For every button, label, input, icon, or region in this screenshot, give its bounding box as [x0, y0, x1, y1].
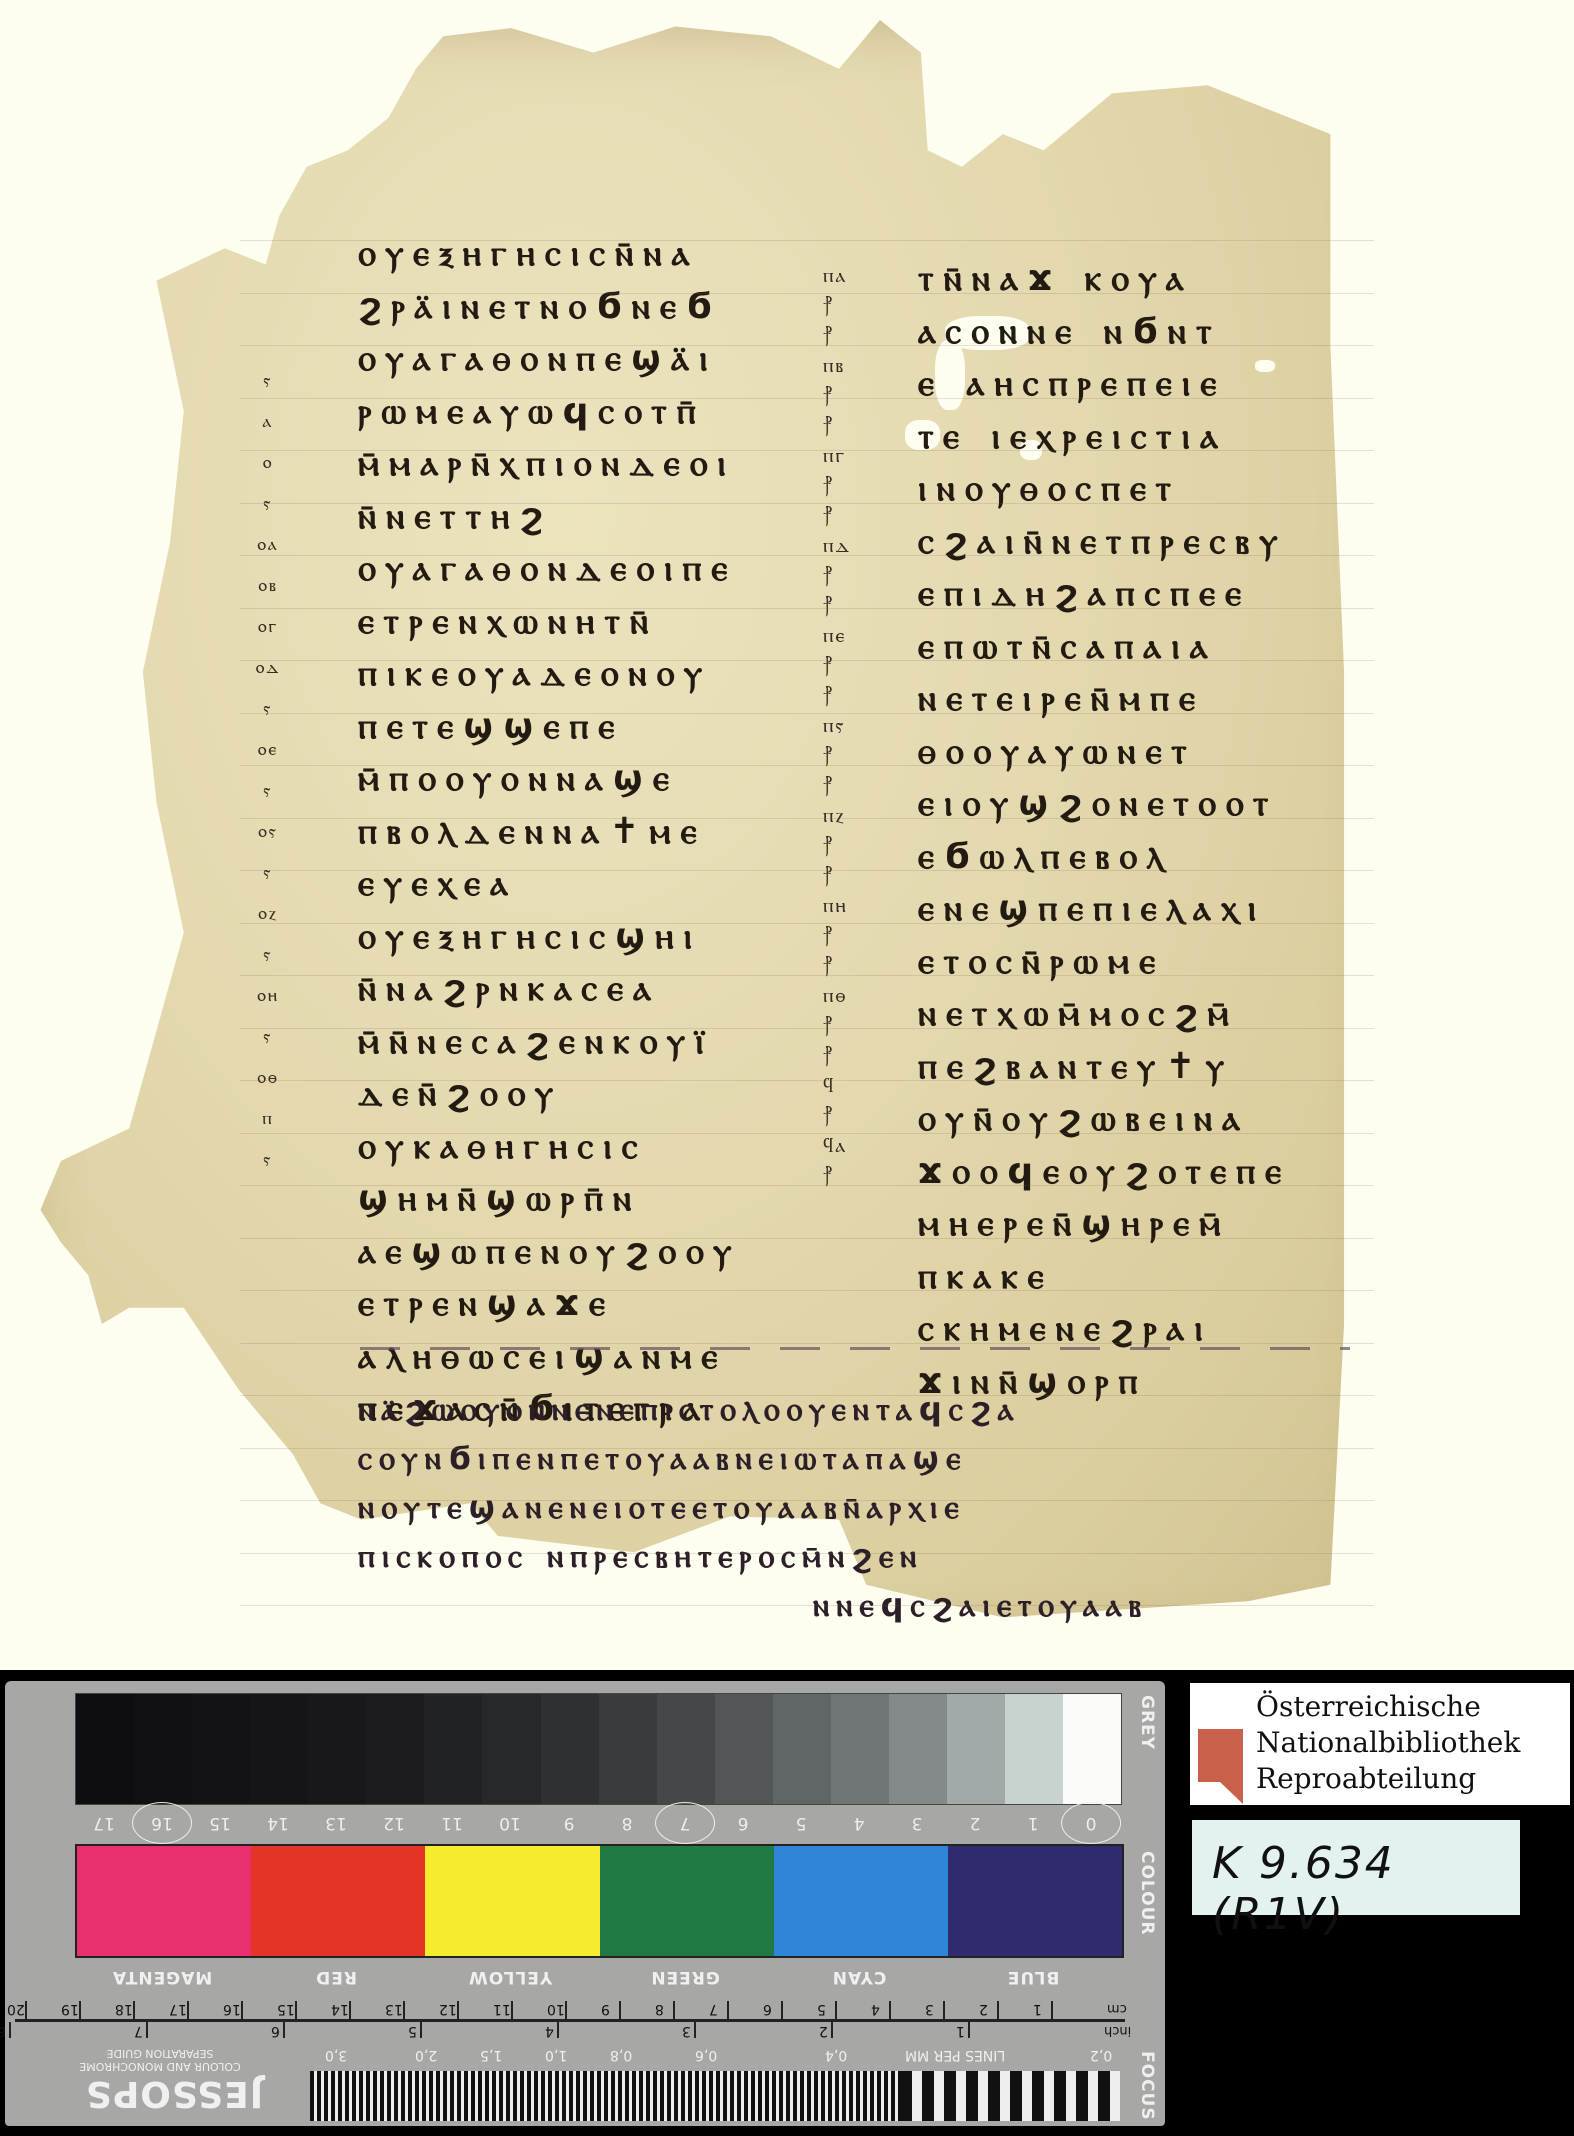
colour-label-green: GREEN [598, 1957, 772, 1987]
section-number: ⲡⲉ [823, 620, 851, 650]
grey-number: 6 [714, 1803, 772, 1843]
ruling-line [240, 1395, 1374, 1396]
shelfmark-text: K 9.634 (R1V) [1212, 1838, 1520, 1940]
text-line: ⲛ̄ⲛⲉⲧⲧⲏϩ [358, 491, 742, 544]
colophon-line: ⲥⲟⲩⲛϭⲓⲡⲉⲛⲡⲉⲧⲟⲩⲁⲁⲃⲛⲉⲓⲱⲧⲁⲡⲁϣⲉ [358, 1434, 1148, 1483]
cm-tick-label: 9 [601, 2001, 610, 2017]
focus-resolution-bars [310, 2071, 1120, 2121]
ruling-line [240, 765, 1374, 766]
section-number: ⲟⲁ [238, 524, 298, 565]
grey-patch [889, 1694, 947, 1804]
cm-tick [241, 2001, 243, 2019]
margin-section-numbers-middle: ⲡⲁ⳨⳨ⲡⲃ⳨⳨ⲡⲅ⳨⳨ⲡⲇ⳨⳨ⲡⲉ⳨⳨ⲡⲋ⳨⳨ⲡⲍ⳨⳨ⲡⲏ⳨⳨ⲡⲑ⳨⳨ϥ⳨ϥⲁ… [823, 260, 851, 1190]
text-line: ⲉϭⲱⲗⲡⲉⲃⲟⲗ [918, 831, 1291, 884]
colophon-line: ⲛⲁ̈ϩⲱⲟⲩⲟⲛⲛⲉⲛⲉⲡⲓⲥⲧⲟⲗⲟⲟⲩⲉⲛⲧⲁϥⲥϩⲁ [358, 1385, 1148, 1434]
text-line: ⲧⲛ̄ⲛⲁϫ ⲕⲟⲩⲁ [918, 253, 1291, 306]
grey-patch [424, 1694, 482, 1804]
section-number: ϥ [823, 1070, 851, 1100]
section-number: ⳨ [823, 830, 851, 860]
ruling-line [240, 345, 1374, 346]
section-number: ⲟⲅ [238, 606, 298, 647]
grey-number: 13 [307, 1803, 365, 1843]
section-number: ⳨ [823, 500, 851, 530]
section-number: ⳨ [823, 1010, 851, 1040]
colour-patch-green [600, 1846, 774, 1956]
focus-units-label: LINES PER MM [905, 2047, 1005, 2063]
text-line: ⲁⲥⲟⲛⲛⲉ ⲛϭⲛⲧ [918, 306, 1291, 359]
focus-value: 1,0 [545, 2047, 567, 2063]
cm-tick [619, 2001, 621, 2019]
section-number: ⳨ [823, 860, 851, 890]
text-line: ⲉⲓⲟⲩϣϩⲟⲛⲉⲧⲟⲟⲧ [918, 778, 1291, 831]
ruling-line [240, 1028, 1374, 1029]
colour-label-yellow: YELLOW [423, 1957, 597, 1987]
cm-tick [565, 2001, 567, 2019]
grey-patch [599, 1694, 657, 1804]
grey-number: 4 [830, 1803, 888, 1843]
section-number: ⲋ [238, 483, 298, 524]
text-line: ⲡⲓⲕⲉⲟⲩⲁⲇⲉⲟⲛⲟⲩ [358, 648, 742, 701]
focus-value: 0,8 [610, 2047, 632, 2063]
inch-tick [694, 2022, 696, 2038]
grey-patch [541, 1694, 599, 1804]
cm-tick [187, 2001, 189, 2019]
cm-tick-label: 15 [277, 2001, 295, 2017]
grey-number: 3 [888, 1803, 946, 1843]
cm-tick [295, 2001, 297, 2019]
focus-value: 0,6 [695, 2047, 717, 2063]
text-line: ϩⲣⲁ̈ⲓⲛⲉⲧⲛⲟϭⲛⲉϭ [358, 281, 742, 334]
grey-number: 2 [946, 1803, 1004, 1843]
text-line: ϣⲏⲙⲛ̄ϣⲱⲣⲡ̄ⲛ [358, 1173, 742, 1226]
section-number: ⲟⲉ [238, 729, 298, 770]
section-number: ⲋ [238, 1016, 298, 1057]
colour-strip [75, 1844, 1124, 1958]
grey-number: 15 [191, 1803, 249, 1843]
section-number: ⲡⲑ [823, 980, 851, 1010]
inch-tick [968, 2022, 970, 2038]
text-line: ⲡⲉⲧⲉϣϣⲉⲡⲉ [358, 701, 742, 754]
text-line: ⲥϩⲁⲓⲛ̄ⲛⲉⲧⲡⲣⲉⲥⲃⲩ [918, 516, 1291, 569]
section-number: ⲡⲏ [823, 890, 851, 920]
text-line: ϫⲟⲟϥⲉⲟⲩϩⲟⲧⲉⲡⲉ [918, 1146, 1291, 1199]
colour-separation-guide: 17161514131211109876543210 GREY MAGENTAR… [5, 1681, 1165, 2126]
ruling-line [240, 1133, 1374, 1134]
colour-labels: MAGENTAREDYELLOWGREENCYANBLUE [75, 1957, 1120, 1987]
text-line: ⲟⲩⲁⲅⲁⲑⲟⲛⲇⲉⲟⲓⲡⲉ [358, 543, 742, 596]
text-line: ⲟⲩⲕⲁⲑⲏⲅⲏⲥⲓⲥ [358, 1121, 742, 1174]
text-line: ⲟⲩⲉⲝⲏⲅⲏⲥⲓⲥϣⲏⲓ [358, 911, 742, 964]
grey-patch [773, 1694, 831, 1804]
text-line: ⲁⲗⲏⲑⲱⲥⲉⲓϣⲁⲛⲙⲉ [358, 1331, 742, 1384]
inch-tick-label: 5 [408, 2023, 417, 2039]
text-line: ⲧⲉ ⲓⲉⲭⲣⲉⲓⲥⲧⲓⲁ [918, 411, 1291, 464]
colour-label-red: RED [249, 1957, 423, 1987]
colour-label-blue: BLUE [946, 1957, 1120, 1987]
section-number: ⳨ [823, 380, 851, 410]
brand-subtitle: COLOUR AND MONOCHROME SEPARATION GUIDE [65, 2047, 255, 2073]
inch-tick [283, 2022, 285, 2038]
grey-number: 14 [249, 1803, 307, 1843]
cm-tick [889, 2001, 891, 2019]
text-line: ⲑⲟⲟⲩⲁⲩⲱⲛⲉⲧ [918, 726, 1291, 779]
text-column-right: ⲧⲛ̄ⲛⲁϫ ⲕⲟⲩⲁⲁⲥⲟⲛⲛⲉ ⲛϭⲛⲧⲉ ⲁⲏⲥⲡⲣⲉⲡⲉⲓⲉⲧⲉ ⲓⲉⲭ… [918, 253, 1291, 1408]
cm-tick [511, 2001, 513, 2019]
section-number: ⲟⲑ [238, 1057, 298, 1098]
grey-patch [366, 1694, 424, 1804]
cm-tick [133, 2001, 135, 2019]
focus-value: 2,0 [415, 2047, 437, 2063]
margin-section-numbers-left: ⲋⲁⲟⲋⲟⲁⲟⲃⲟⲅⲟⲇⲋⲟⲉⲋⲟⲋⲋⲟⲍⲋⲟⲏⲋⲟⲑⲡⲋ [238, 360, 298, 1180]
cm-tick [727, 2001, 729, 2019]
ruling-line [240, 555, 1374, 556]
text-line: ⲉ ⲁⲏⲥⲡⲣⲉⲡⲉⲓⲉ [918, 358, 1291, 411]
text-line: ⲟⲩⲛ̄ⲟⲩϩⲱⲃⲉⲓⲛⲁ [918, 1093, 1291, 1146]
inch-tick [557, 2022, 559, 2038]
section-number: ⲟⲏ [238, 975, 298, 1016]
grey-scale-strip [75, 1693, 1122, 1805]
ruling-line [240, 975, 1374, 976]
cm-tick-label: 3 [925, 2001, 934, 2017]
cm-tick-label: 17 [169, 2001, 187, 2017]
text-line: ⲓⲛⲟⲩⲑⲟⲥⲡⲉⲧ [918, 463, 1291, 516]
section-number: ⲟⲇ [238, 647, 298, 688]
section-number: ⲟ [238, 442, 298, 483]
cm-tick [457, 2001, 459, 2019]
section-number: ⳨ [823, 290, 851, 320]
section-number: ⲋ [238, 360, 298, 401]
grey-patch [250, 1694, 308, 1804]
cm-tick-label: 19 [61, 2001, 79, 2017]
colour-label-cyan: CYAN [772, 1957, 946, 1987]
cm-tick [943, 2001, 945, 2019]
grey-number: 9 [540, 1803, 598, 1843]
jessops-logo: JESSOPS [85, 2073, 263, 2114]
ruling-line [240, 1343, 1374, 1344]
ruling-line [240, 870, 1374, 871]
focus-value: 1,5 [480, 2047, 502, 2063]
text-line: ⲣⲱⲙⲉⲁⲩⲱϥⲥⲟⲧⲡ̄ [358, 386, 742, 439]
ruling-line [240, 1605, 1374, 1606]
colour-patch-magenta [77, 1846, 251, 1956]
cm-tick-label: 18 [115, 2001, 133, 2017]
cm-tick-label: 4 [871, 2001, 880, 2017]
section-number: ⳨ [823, 680, 851, 710]
section-number: ⲟⲃ [238, 565, 298, 606]
grey-patch [1063, 1694, 1121, 1804]
cm-tick-label: 14 [331, 2001, 349, 2017]
grey-number: 8 [598, 1803, 656, 1843]
ruling-line [240, 660, 1374, 661]
ruling-line [240, 293, 1374, 294]
section-number: ϥⲁ [823, 1130, 851, 1160]
colour-label: COLOUR [1137, 1851, 1157, 1936]
ruling-line [240, 1080, 1374, 1081]
ruling-line [240, 240, 1374, 241]
cm-tick-label: 16 [223, 2001, 241, 2017]
colophon-line: ⲡⲓⲥⲕⲟⲡⲟⲥ ⲛⲡⲣⲉⲥⲃⲏⲧⲉⲣⲟⲥⲙ̄ⲛϩⲉⲛ [358, 1532, 1148, 1581]
grey-number: 10 [481, 1803, 539, 1843]
cm-tick [79, 2001, 81, 2019]
text-line: ⲟⲩⲁⲅⲁⲑⲟⲛⲡⲉϣⲁ̈ⲓ [358, 333, 742, 386]
cm-tick-label: 6 [763, 2001, 772, 2017]
section-number: ⲋ [238, 1139, 298, 1180]
inch-tick-label: 6 [271, 2023, 280, 2039]
section-number: ⲡⲋ [823, 710, 851, 740]
focus-label: FOCUS [1137, 2051, 1157, 2121]
cm-tick [781, 2001, 783, 2019]
section-number: ⲁ [238, 401, 298, 442]
text-line: ⲉⲡⲱⲧⲛ̄ⲥⲁⲡⲁⲓⲁ [918, 621, 1291, 674]
cm-tick [403, 2001, 405, 2019]
shelfmark-label: K 9.634 (R1V) [1192, 1820, 1520, 1915]
ruling-line [240, 1448, 1374, 1449]
cm-unit-label: cm [1107, 2001, 1127, 2016]
cm-tick [835, 2001, 837, 2019]
cm-tick [997, 2001, 999, 2019]
grey-number: 1 [1004, 1803, 1062, 1843]
inch-tick [9, 2022, 11, 2038]
inch-tick-label: 7 [134, 2023, 143, 2039]
decorative-divider [360, 1347, 1350, 1350]
text-line: ⲙ̄ⲙⲁⲣⲛ̄ⲭⲡⲓⲟⲛⲇⲉⲟⲓ [358, 438, 742, 491]
text-line: ⲁⲉϣⲱⲡⲉⲛⲟⲩϩⲟⲟⲩ [358, 1226, 742, 1279]
ruling-line [240, 608, 1374, 609]
grey-patch [308, 1694, 366, 1804]
section-number: ⲋ [238, 770, 298, 811]
ruling-line [240, 713, 1374, 714]
colour-patch-red [251, 1846, 425, 1956]
focus-value: 3,0 [325, 2047, 347, 2063]
inch-tick-label: 8 [0, 2023, 6, 2039]
cm-tick [25, 2001, 27, 2019]
section-number: ⲡⲍ [823, 800, 851, 830]
text-line: ⲇⲉⲛ̄ϩⲟⲟⲩ [358, 1068, 742, 1121]
ruling-line [240, 1238, 1374, 1239]
text-line: ⲙⲏⲉⲣⲉⲛ̄ϣⲏⲣⲉⲙ̄ [918, 1198, 1291, 1251]
section-number: ⲋ [238, 852, 298, 893]
grey-number: 17 [75, 1803, 133, 1843]
library-label: Österreichische Nationalbibliothek Repro… [1190, 1683, 1570, 1805]
cm-tick-label: 2 [979, 2001, 988, 2017]
onb-logo-icon [1198, 1729, 1243, 1782]
cm-tick-label: 8 [655, 2001, 664, 2017]
text-line: ⲉⲧⲟⲥⲛ̄ⲣⲱⲙⲉ [918, 936, 1291, 989]
inch-unit-label: inch [1104, 2023, 1131, 2038]
text-line: ⲉⲩⲉⲭⲉⲁ [358, 858, 742, 911]
text-line: ⲉⲧⲣⲉⲛⲭⲱⲛⲏⲧⲛ̄ [358, 596, 742, 649]
text-line: ⲛⲉⲧⲭⲱⲙ̄ⲙⲟⲥϩⲙ̄ [918, 988, 1291, 1041]
ruler-cm-inch: cm inch 12345678910111213141516171819201… [15, 2001, 1125, 2045]
grey-label: GREY [1137, 1695, 1157, 1750]
manuscript-scan: ⲟⲩⲉⲝⲏⲅⲏⲥⲓⲥⲛ̄ⲛⲁϩⲣⲁ̈ⲓⲛⲉⲧⲛⲟϭⲛⲉϭⲟⲩⲁⲅⲁⲑⲟⲛⲡⲉϣⲁ… [0, 0, 1574, 1670]
section-number: ⲡⲅ [823, 440, 851, 470]
grey-patch [134, 1694, 192, 1804]
section-number: ⲡⲃ [823, 350, 851, 380]
grey-number: 5 [772, 1803, 830, 1843]
ruling-line [240, 1500, 1374, 1501]
colour-patch-yellow [425, 1846, 599, 1956]
inch-tick [831, 2022, 833, 2038]
focus-scale-labels: LINES PER MM 0,20,40,60,81,01,52,03,0 [305, 2047, 1125, 2069]
text-line: ⲉⲡⲓⲇⲏϩⲁⲡⲥⲡⲉⲉ [918, 568, 1291, 621]
grey-number: 12 [365, 1803, 423, 1843]
ruling-line [240, 1185, 1374, 1186]
section-number: ⳨ [823, 770, 851, 800]
grey-scale-numbers: 17161514131211109876543210 [75, 1803, 1120, 1843]
grey-number: 7 [656, 1803, 714, 1843]
section-number: ⲋ [238, 934, 298, 975]
text-line: ⲙ̄ⲛ̄ⲛⲉⲥⲁϩⲉⲛⲕⲟⲩⲓ̈ [358, 1016, 742, 1069]
colour-patch-blue [948, 1846, 1122, 1956]
section-number: ⳨ [823, 560, 851, 590]
text-column-left: ⲟⲩⲉⲝⲏⲅⲏⲥⲓⲥⲛ̄ⲛⲁϩⲣⲁ̈ⲓⲛⲉⲧⲛⲟϭⲛⲉϭⲟⲩⲁⲅⲁⲑⲟⲛⲡⲉϣⲁ… [358, 228, 742, 1436]
inch-tick [420, 2022, 422, 2038]
cm-tick-label: 5 [817, 2001, 826, 2017]
colour-patch-cyan [774, 1846, 948, 1956]
colophon-line: ⲛⲟⲩⲧⲉϣⲁⲛⲉⲛⲉⲓⲟⲧⲉⲉⲧⲟⲩⲁⲁⲃⲛ̄ⲁⲣⲭⲓⲉ [358, 1483, 1148, 1532]
grey-patch [1005, 1694, 1063, 1804]
cm-tick-label: 1 [1033, 2001, 1042, 2017]
section-number: ⲡⲁ [823, 260, 851, 290]
inch-tick-label: 2 [819, 2023, 828, 2039]
cm-tick-label: 13 [385, 2001, 403, 2017]
text-line: ⲡⲉϩⲃⲁⲛⲧⲉⲩ✝ⲩ [918, 1041, 1291, 1094]
cm-tick [673, 2001, 675, 2019]
grey-number: 0 [1062, 1803, 1120, 1843]
focus-value: 0,2 [1090, 2047, 1112, 2063]
ruling-line [240, 1553, 1374, 1554]
cm-tick [349, 2001, 351, 2019]
inch-tick [146, 2022, 148, 2038]
colour-label-magenta: MAGENTA [75, 1957, 249, 1987]
ruling-line [240, 923, 1374, 924]
ruling-line [240, 818, 1374, 819]
text-line: ⲟⲩⲉⲝⲏⲅⲏⲥⲓⲥⲛ̄ⲛⲁ [358, 228, 742, 281]
cm-tick [1051, 2001, 1053, 2019]
section-number: ⳨ [823, 1040, 851, 1070]
library-name: Österreichische Nationalbibliothek Repro… [1256, 1689, 1520, 1797]
section-number: ⳨ [823, 470, 851, 500]
ruler-axis [15, 2019, 1125, 2022]
grey-patch [192, 1694, 250, 1804]
ruling-line [240, 450, 1374, 451]
section-number: ⲋ [238, 688, 298, 729]
grey-number: 16 [133, 1803, 191, 1843]
grey-patch [76, 1694, 134, 1804]
text-line: ⲛⲉⲧⲉⲓⲣⲉⲛ̄ⲙⲡⲉ [918, 673, 1291, 726]
grey-patch [947, 1694, 1005, 1804]
section-number: ⲟⲍ [238, 893, 298, 934]
text-line: ⲡⲃⲟⲗⲇⲉⲛⲛⲁ✝ⲙⲉ [358, 806, 742, 859]
ruling-line [240, 1290, 1374, 1291]
section-number: ⳨ [823, 1100, 851, 1130]
section-number: ⳨ [823, 590, 851, 620]
cm-tick-label: 11 [493, 2001, 511, 2017]
inch-tick-label: 3 [682, 2023, 691, 2039]
cm-tick-label: 7 [709, 2001, 718, 2017]
inch-tick-label: 1 [956, 2023, 965, 2039]
cm-tick-label: 20 [7, 2001, 25, 2017]
inch-tick-label: 4 [545, 2023, 554, 2039]
section-number: ⳨ [823, 410, 851, 440]
text-line: ⲉⲧⲣⲉⲛϣⲁϫⲉ [358, 1278, 742, 1331]
text-line: ⲛ̄ⲛⲁϩⲣⲛⲕⲁⲥⲉⲁ [358, 963, 742, 1016]
focus-value: 0,4 [825, 2047, 847, 2063]
cm-tick-label: 12 [439, 2001, 457, 2017]
section-number: ⳨ [823, 650, 851, 680]
colophon-text: ⲛⲁ̈ϩⲱⲟⲩⲟⲛⲛⲉⲛⲉⲡⲓⲥⲧⲟⲗⲟⲟⲩⲉⲛⲧⲁϥⲥϩⲁⲥⲟⲩⲛϭⲓⲡⲉⲛⲡ… [358, 1385, 1148, 1630]
grey-patch [657, 1694, 715, 1804]
ruling-line [240, 503, 1374, 504]
text-line: ⲉⲛⲉϣⲡⲉⲡⲓⲉⲗⲁⲭⲓ [918, 883, 1291, 936]
text-line: ⲡⲕⲁⲕⲉ [918, 1251, 1291, 1304]
cm-tick-label: 10 [547, 2001, 565, 2017]
grey-patch [715, 1694, 773, 1804]
grey-patch [482, 1694, 540, 1804]
grey-number: 11 [423, 1803, 481, 1843]
section-number: ⳨ [823, 920, 851, 950]
text-line: ⲙ̄ⲡⲟⲟⲩⲟⲛⲛⲁϣⲉ [358, 753, 742, 806]
ruling-line [240, 398, 1374, 399]
grey-patch [831, 1694, 889, 1804]
